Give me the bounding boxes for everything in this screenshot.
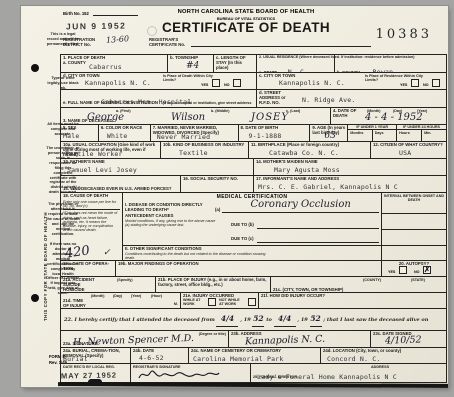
not-while-at-work-label: NOT WHILE AT WORK (219, 298, 245, 306)
cause-code-checkmark-icon: ✓ (103, 248, 111, 258)
limits-yes-label: YES (201, 83, 208, 87)
mother-name-label: 14. MOTHER'S MAIDEN NAME (256, 160, 444, 165)
middle-name-value: Wilson (171, 112, 205, 123)
industry-label: 10b. KIND OF BUSINESS OR INDUSTRY (163, 143, 246, 148)
limits-no-label: NO (224, 83, 230, 87)
father-name-value: Samuel Levi Josey (67, 166, 137, 174)
attended-from-value: 4/4 (221, 314, 234, 323)
attended-to-year: 52 (310, 314, 320, 323)
row-disposition: 24a. BURIAL, CREMA-TION, REMOVAL (Specif… (61, 347, 446, 363)
due-to-b-label: DUE TO (b) (231, 223, 254, 228)
time-of-injury-label: 21d. TIME OF INJURY (63, 299, 87, 308)
attended-to-value: 4/4 (278, 314, 291, 323)
row-parents: 13. FATHER'S NAME Samuel Levi Josey 14. … (61, 158, 446, 175)
attended-from-year: 52 (253, 314, 263, 323)
injury-state-label: (STATE) (411, 278, 425, 282)
row-operation-autopsy: 19a. DATE OF OPERA-TION 19b. MAJOR FINDI… (61, 260, 446, 276)
autopsy-yes-checkbox (399, 266, 407, 274)
certificate-number: 10383 (376, 27, 432, 42)
township-value: #4 (186, 61, 199, 71)
date-received-label: DATE REC'D BY LOCAL REG. (63, 365, 128, 369)
interval-line (382, 213, 446, 214)
injury-county-label: (COUNTY) (363, 278, 381, 282)
last-name-value: JOSEY (251, 112, 289, 123)
birth-no-label: Birth No. 152 (63, 11, 89, 16)
scan-artifact-blob (88, 379, 102, 385)
informant-value: Mrs. C. E. Gabriel, Kannapolis N C (258, 183, 398, 191)
date-of-operation-label: 19a. DATE OF OPERA-TION (63, 262, 113, 272)
certificate-no-blank-line (191, 46, 371, 47)
citizen-value: USA (399, 149, 411, 157)
disease-leading-label: I. DISEASE OR CONDITION DIRECTLY LEADING… (125, 203, 213, 213)
place-of-injury-label: 21b. PLACE OF INJURY (e.g., in or about … (158, 278, 268, 288)
cause-of-death-value: Coronary Occlusion (250, 199, 350, 210)
injury-day-label: (Day) (113, 294, 122, 298)
injury-year-label: (Year) (131, 294, 141, 298)
cemetery-label: 24c. NAME OF CEMETERY OR CREMATORY (191, 349, 318, 354)
registrar-signature-scribble (137, 368, 221, 381)
antecedent-note: Morbid conditions, if any, giving rise t… (125, 219, 217, 228)
birth-date-value: 9-1-1888 (249, 132, 282, 140)
race-label: 6. COLOR OR RACE (101, 126, 148, 131)
autopsy-yes-label: YES (388, 270, 395, 274)
certify-text: to (266, 317, 272, 323)
row-injury-time: 21d. TIME OF INJURY (Month) (Day) (Year)… (61, 292, 446, 308)
certificate-paper: THIS COPY FOR STATE BOARD OF HEALTH This… (21, 6, 448, 387)
sex-value: Male (63, 132, 79, 140)
interval-line (382, 245, 446, 246)
cause-of-death-label: 18. CAUSE OF DEATH (63, 194, 120, 199)
birth-date-label: 8. DATE OF BIRTH (241, 126, 308, 131)
certify-text: , 19 (297, 317, 307, 323)
first-name-value: George (87, 112, 124, 123)
row-registrar: DATE REC'D BY LOCAL REG. MAY 27 1952 REG… (61, 363, 446, 382)
residence-yes-label: YES (400, 83, 407, 87)
registration-district-value: 13-60 (106, 34, 130, 45)
informant-label: 17. INFORMANT'S NAME AND ADDRESS (256, 177, 444, 182)
cemetery-value: Carolina Memorial Park (193, 355, 284, 363)
while-at-work-checkbox (208, 298, 216, 306)
autopsy-no-label: NO (414, 270, 420, 274)
citizen-label: 12. CITIZEN OF WHAT COUNTRY? (373, 143, 444, 148)
burial-type-value: Burial (63, 355, 88, 363)
certificate-form: 1. PLACE OF DEATH a. COUNTY Cabarrus b. … (60, 54, 447, 383)
while-at-work-label: WHILE AT WORK (183, 298, 205, 306)
place-of-death-block: 1. PLACE OF DEATH a. COUNTY Cabarrus b. … (61, 55, 257, 107)
date-signed-value: 4/10/52 (385, 334, 422, 346)
burial-location-label: 24d. LOCATION (City, town, or county) (323, 349, 444, 354)
birthplace-label: 11. BIRTHPLACE (Place or foreign country… (251, 143, 368, 148)
scanned-death-certificate-page: THIS COPY FOR STATE BOARD OF HEALTH This… (0, 0, 454, 397)
due-to-c-label: DUE TO (c) (231, 237, 254, 242)
other-conditions-note: Conditions contributing to the death but… (125, 252, 275, 260)
cause-code-value: 420 (64, 243, 91, 260)
limits-no-checkbox (233, 79, 241, 87)
row-medical-certification: 18. CAUSE OF DEATH Enter only one cause … (61, 192, 446, 260)
middle-name-label: b. (Middle) (211, 109, 229, 113)
birthplace-value: Catawba Co. N. C. (269, 149, 339, 157)
autopsy-no-checkmark: ✗ (424, 265, 430, 274)
residence-county-label: b. COUNTY (337, 70, 360, 72)
punch-hole-icon (31, 294, 39, 302)
death-date-value: 4 - 4 - 1952 (365, 112, 423, 123)
autopsy-label: 20. AUTOPSY? (384, 262, 444, 267)
certify-number: 22. (64, 317, 73, 323)
autopsy-no-checkbox: ✗ (423, 266, 431, 274)
ssn-label: 16. SOCIAL SECURITY NO. (183, 177, 251, 182)
punch-hole-icon (31, 64, 39, 72)
county-value: Cabarrus (89, 63, 122, 71)
street-address-label: d. STREET ADDRESS or R.F.D. NO. (259, 91, 295, 105)
injury-month-label: (Month) (91, 294, 105, 298)
interval-label: INTERVAL BETWEEN ONSET AND DEATH (382, 193, 446, 202)
interval-line (382, 229, 446, 230)
degree-title-label: (Degree or title) (199, 332, 226, 336)
funeral-director-value: Lady's Funeral Home Kannapolis N C (257, 373, 397, 381)
industry-value: Textile (179, 149, 208, 157)
usual-residence-block: 2. USUAL RESIDENCE (Where deceased lived… (257, 55, 446, 107)
injury-hour-label: (Hour) (151, 294, 162, 298)
birth-no-blank-line (93, 15, 138, 16)
street-address-value: N. Ridge Ave. (302, 96, 355, 104)
due-to-b-blank-line (257, 228, 379, 229)
length-of-stay-label: c. LENGTH OF STAY (In this place) (216, 56, 254, 70)
certify-text: , 19 (240, 317, 250, 323)
mother-name-value: Mary Agusta Moss (274, 166, 340, 174)
page-title: CERTIFICATE OF DEATH (131, 20, 361, 35)
months-label: Months (350, 131, 369, 135)
burial-date-value: 4-6-52 (139, 354, 164, 362)
cause-note-1: Enter only one cause per line for (a), (… (63, 200, 120, 211)
injury-meridiem-label: M. (174, 302, 178, 306)
armed-forces-value: No (73, 184, 81, 192)
residence-no-label: NO (423, 83, 429, 87)
funeral-address-label: ADDRESS (371, 365, 389, 369)
city-value: Kannapolis N. C. (85, 79, 151, 87)
physician-address-value: Kannapolis N. C. (245, 334, 325, 347)
date-of-death-label: 4. DATE OF DEATH (333, 109, 359, 119)
marital-value: Never Married (157, 133, 210, 141)
days-label: Days (375, 131, 394, 135)
major-findings-label: 19b. MAJOR FINDINGS OF OPERATION (118, 262, 379, 267)
burial-location-value: Concord N. C. (327, 355, 380, 363)
row-name-death-date: 3. NAME OF DECEASED a. (First) b. (Middl… (61, 107, 446, 124)
received-date-stamp: JUN 9 1952 (66, 20, 127, 31)
cause-note-2: *This does not mean the mode of dying, s… (63, 211, 120, 232)
residence-yes-checkbox (411, 79, 419, 87)
row-service-informant: 15. WAS DECEASED EVER IN U.S. ARMED FORC… (61, 175, 446, 192)
due-to-c-blank-line (257, 242, 379, 243)
row-occupation: 10a. USUAL OCCUPATION (Give kind of work… (61, 141, 446, 158)
minutes-label: Min. (424, 131, 444, 135)
residence-no-checkbox (432, 79, 440, 87)
how-injury-occurred-label: 21f. HOW DID INJURY OCCUR? (261, 294, 444, 299)
physician-signature-value: H. Newton Spencer M.D. (73, 333, 194, 347)
age-value: 63 (324, 131, 335, 141)
row-place-residence: 1. PLACE OF DEATH a. COUNTY Cabarrus b. … (61, 55, 446, 107)
accident-suicide-homicide-label: 21a. ACCIDENT SUICIDE HOMICIDE (63, 278, 103, 292)
hospital-value: Cabarrus Mem. Hospital (101, 98, 192, 106)
org-name: NORTH CAROLINA STATE BOARD OF HEALTH (141, 9, 351, 15)
row-personal-stats: 5. SEX Male 6. COLOR OR RACE White 7. MA… (61, 124, 446, 141)
residence-city-value: Kannapolis N. C. (279, 79, 345, 87)
row-injury-place: 21a. ACCIDENT SUICIDE HOMICIDE (Specify)… (61, 276, 446, 292)
registrars-certificate-label: REGISTRAR'S CERTIFICATE No. (149, 38, 189, 48)
under-24-hours-label: IF UNDER 24 HOURS (397, 125, 446, 129)
father-name-label: 13. FATHER'S NAME (63, 160, 251, 165)
row-physician-signature: 23a. SIGNATURE (Degree or title) H. Newt… (61, 330, 446, 347)
hours-label: Hours (399, 131, 419, 135)
state-value: N. C. (288, 68, 309, 72)
sex-label: 5. SEX (63, 126, 96, 131)
specify-label: (Specify) (117, 278, 133, 282)
certify-text: I hereby certify that I attended the dec… (74, 317, 214, 323)
row-certify-statement: 22. I hereby certify that I attended the… (61, 308, 446, 330)
not-while-at-work-checkbox (248, 298, 256, 306)
registration-district-label: REGISTRATION DISTRICT No. (63, 38, 105, 48)
state-label: a. STATE (259, 70, 277, 72)
limits-yes-checkbox (212, 79, 220, 87)
race-value: White (107, 132, 128, 140)
residence-county-value: Rowan (373, 68, 394, 72)
certify-text: ; that I last saw the deceased alive on (323, 317, 428, 323)
occupation-value: Textile Worker (65, 150, 123, 158)
